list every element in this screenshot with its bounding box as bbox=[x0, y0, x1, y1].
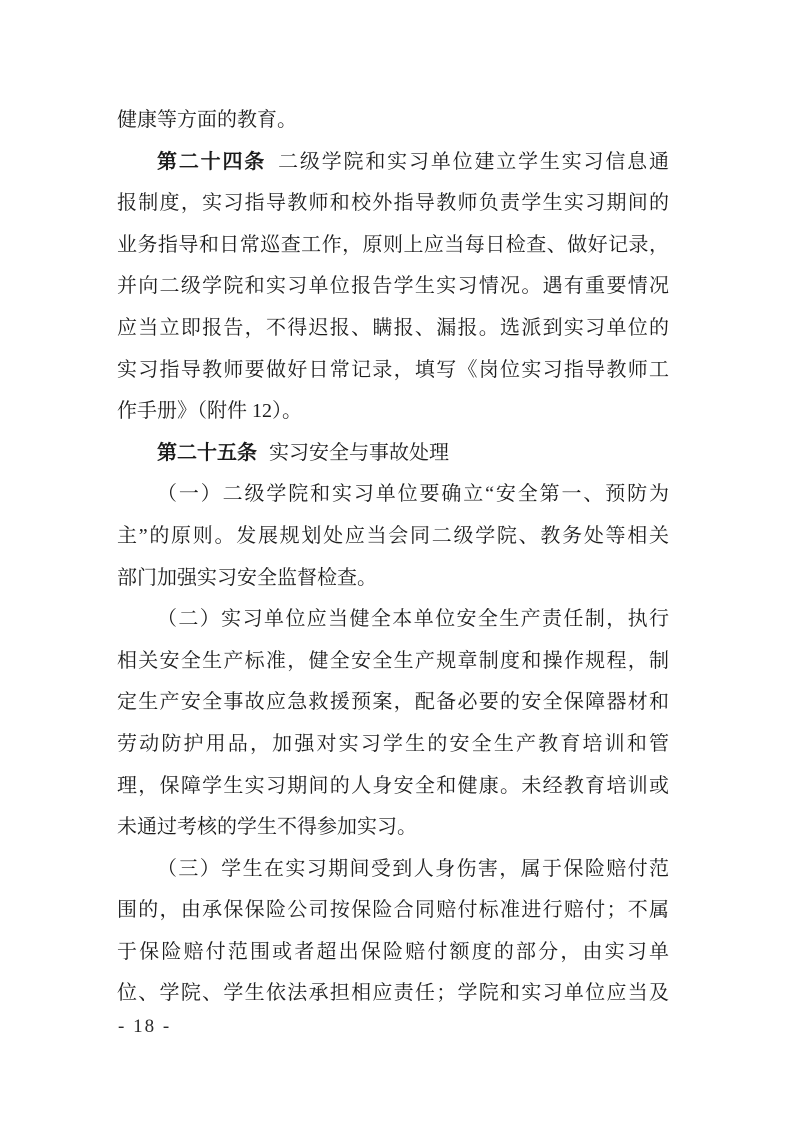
text-block: 健康等方面的教育。第二十四条二级学院和实习单位建立学生实习信息通报制度，实习指导… bbox=[117, 100, 669, 1015]
text-line: （三）学生在实习期间受到人身伤害，属于保险赔付范 bbox=[117, 849, 669, 891]
text-line: 作手册》（附件 12）。 bbox=[117, 391, 669, 433]
text-line: 报制度，实习指导教师和校外指导教师负责学生实习期间的 bbox=[117, 183, 669, 225]
text-line: 实习指导教师要做好日常记录，填写《岗位实习指导教师工 bbox=[117, 350, 669, 392]
text-line: 未通过考核的学生不得参加实习。 bbox=[117, 807, 669, 849]
text-line: 并向二级学院和实习单位报告学生实习情况。遇有重要情况 bbox=[117, 266, 669, 308]
text-line: 应当立即报告，不得迟报、瞒报、漏报。选派到实习单位的 bbox=[117, 308, 669, 350]
article-number: 第二十四条 bbox=[157, 151, 266, 173]
text-line: 主”的原则。发展规划处应当会同二级学院、教务处等相关 bbox=[117, 516, 669, 558]
document-page: 健康等方面的教育。第二十四条二级学院和实习单位建立学生实习信息通报制度，实习指导… bbox=[0, 0, 793, 1122]
text-line: 位、学院、学生依法承担相应责任；学院和实习单位应当及 bbox=[117, 973, 669, 1015]
text-line: （二）实习单位应当健全本单位安全生产责任制，执行 bbox=[117, 599, 669, 641]
text-line: 围的，由承保保险公司按保险合同赔付标准进行赔付；不属 bbox=[117, 890, 669, 932]
footer-page-number: - 18 - bbox=[118, 1012, 171, 1042]
text-line: 相关安全生产标准，健全安全生产规章制度和操作规程，制 bbox=[117, 641, 669, 683]
article-number: 第二十五条 bbox=[157, 442, 257, 464]
text-line: 业务指导和日常巡查工作，原则上应当每日检查、做好记录， bbox=[117, 225, 669, 267]
text-line: 于保险赔付范围或者超出保险赔付额度的部分，由实习单 bbox=[117, 932, 669, 974]
text-line: （一）二级学院和实习单位要确立“安全第一、预防为 bbox=[117, 474, 669, 516]
text-line: 第二十四条二级学院和实习单位建立学生实习信息通 bbox=[117, 142, 669, 184]
text-line: 劳动防护用品，加强对实习学生的安全生产教育培训和管 bbox=[117, 724, 669, 766]
text-line: 健康等方面的教育。 bbox=[117, 100, 669, 142]
text-line: 部门加强实习安全监督检查。 bbox=[117, 558, 669, 600]
text-line: 理，保障学生实习期间的人身安全和健康。未经教育培训或 bbox=[117, 766, 669, 808]
text-line: 第二十五条实习安全与事故处理 bbox=[117, 433, 669, 475]
text-line: 定生产安全事故应急救援预案，配备必要的安全保障器材和 bbox=[117, 682, 669, 724]
